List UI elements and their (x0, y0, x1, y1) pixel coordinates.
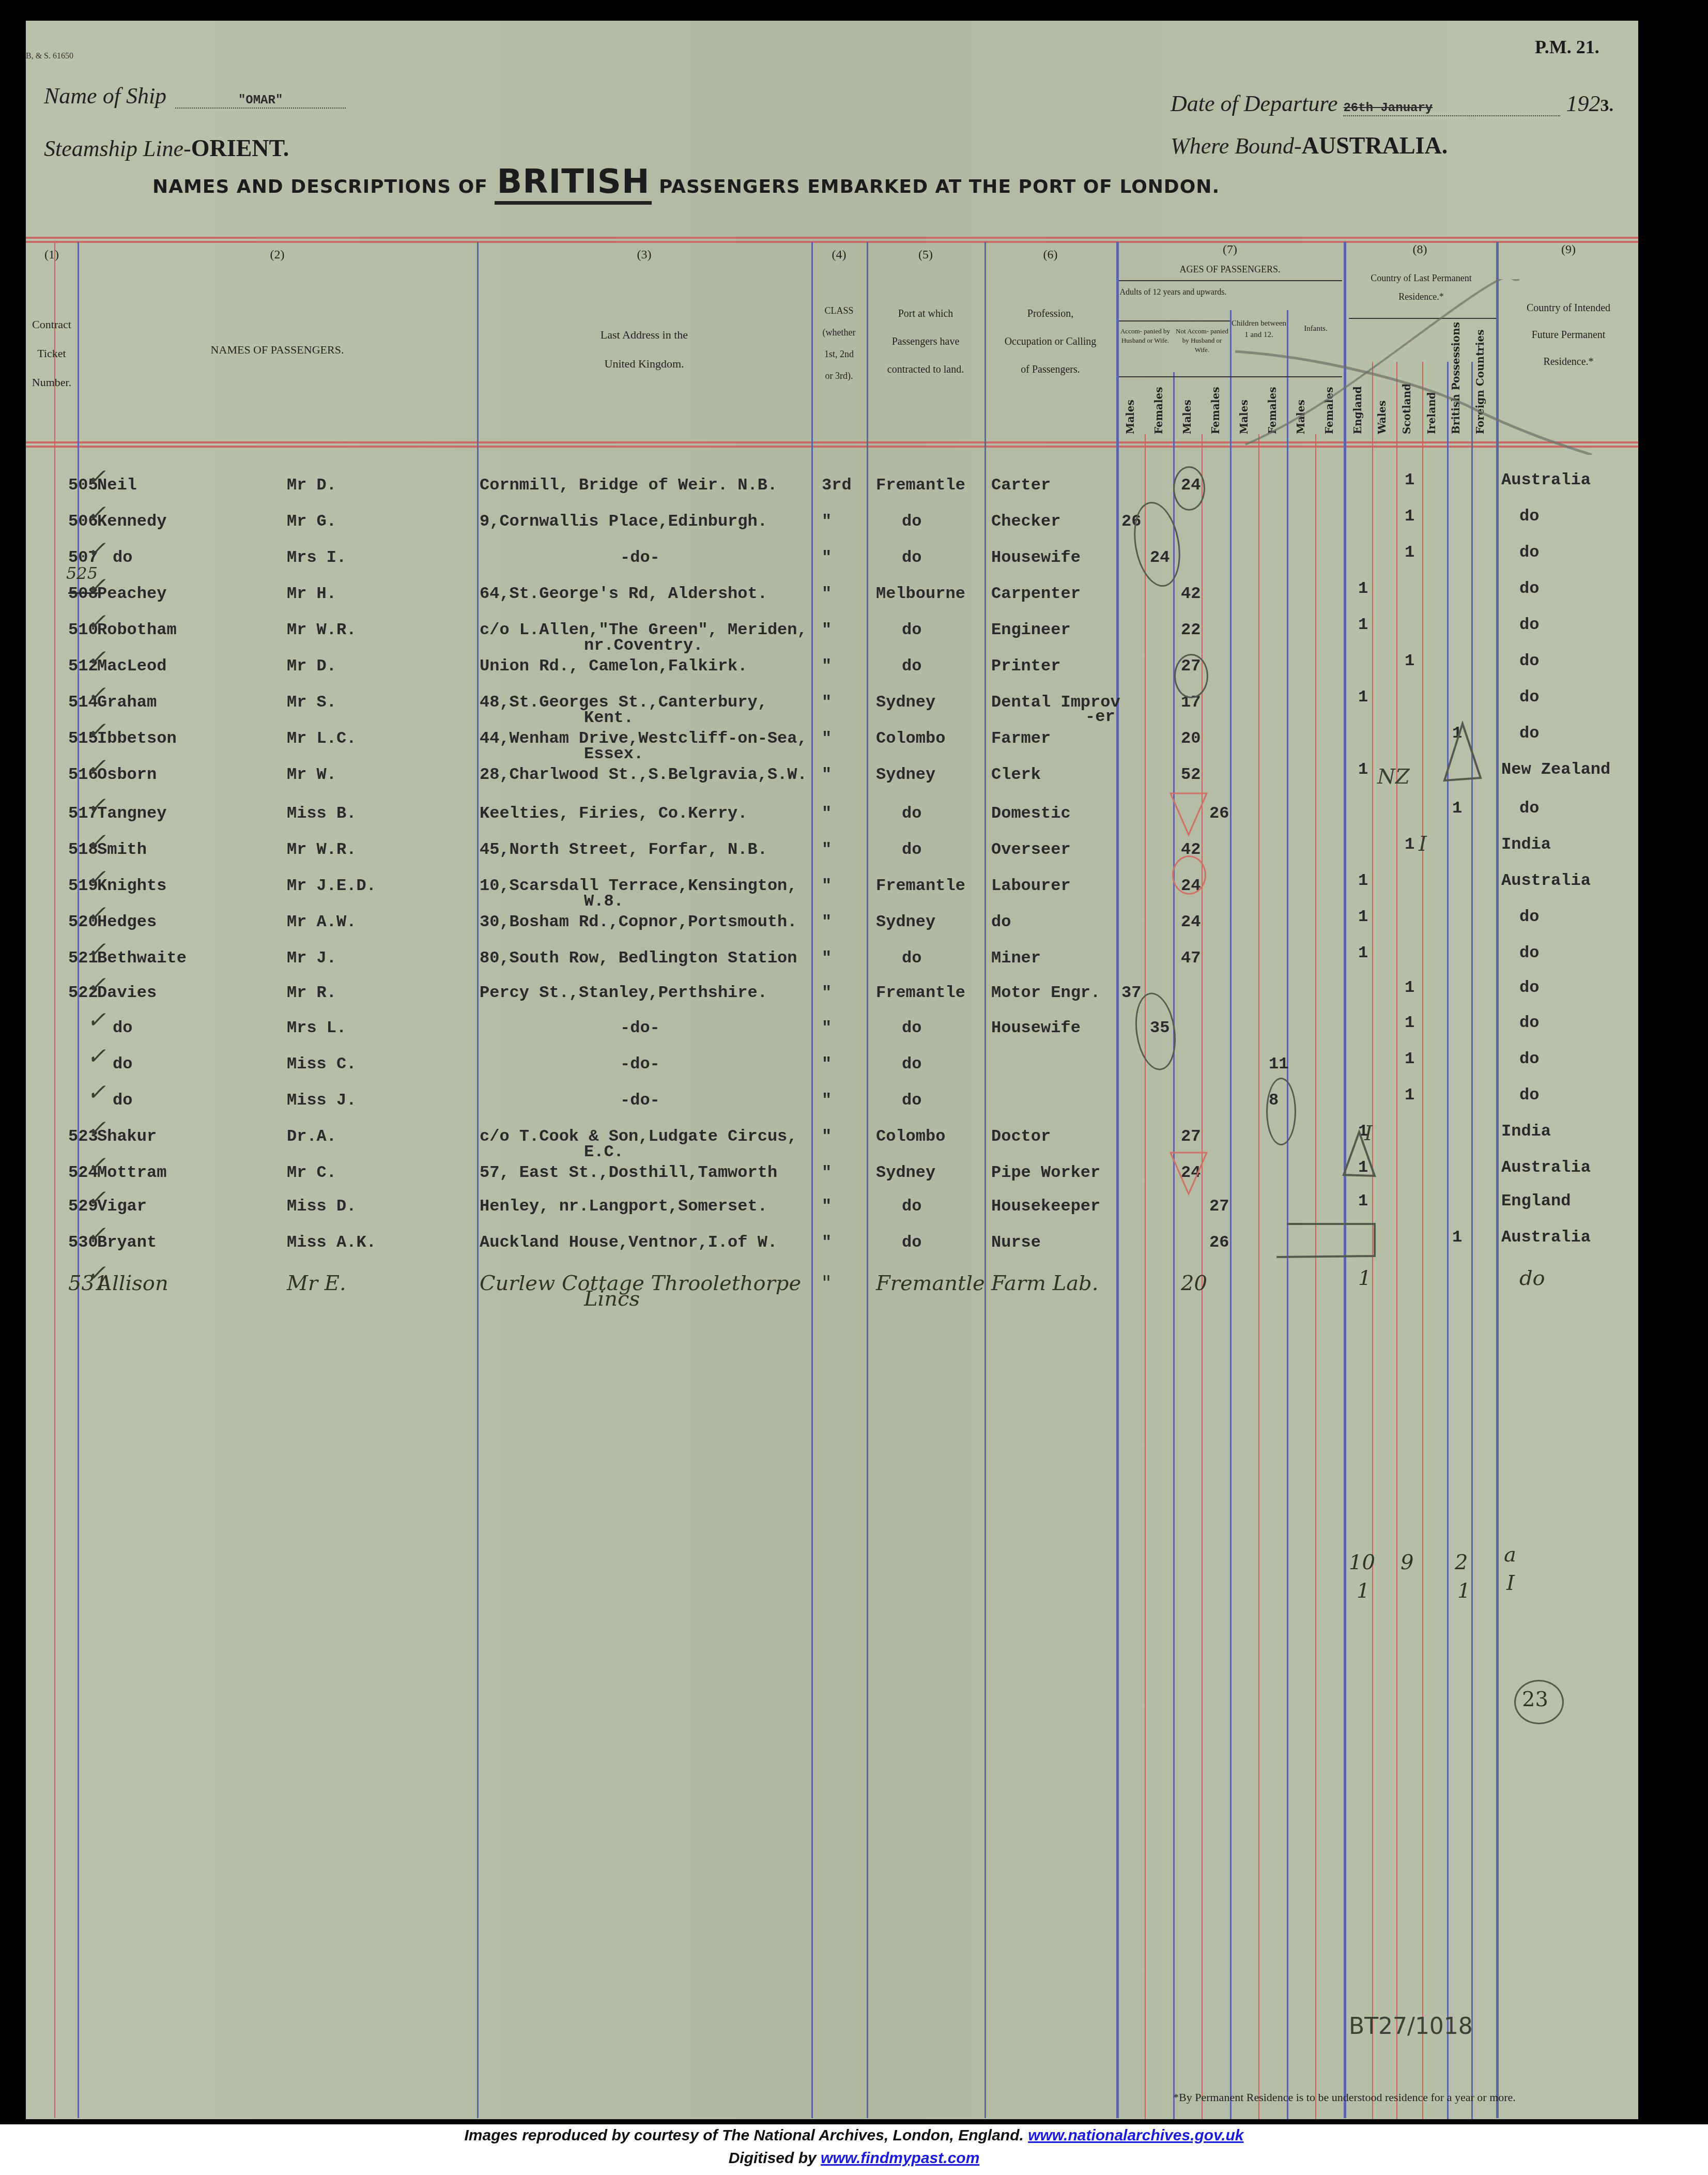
sub-males: Males (1124, 400, 1136, 434)
occupation: Housekeeper (991, 1197, 1100, 1216)
check-mark-icon: ✓ (87, 717, 106, 744)
table-row: 519 Knights Mr J.E.D. 10,Scarsdall Terra… (26, 876, 1638, 912)
check-mark-icon: ✓ (87, 829, 106, 855)
given-name: Mrs I. (287, 548, 346, 567)
col4-number: (4) (811, 248, 867, 262)
address-line-2: nr.Coventry. (584, 636, 703, 655)
age: 20 (1181, 729, 1201, 748)
address: Union Rd., Camelon,Falkirk. (480, 656, 747, 676)
bound-value: AUSTRALIA. (1302, 132, 1448, 159)
class: " (822, 584, 832, 603)
india-annotation: I (1364, 1122, 1373, 1145)
bound-label: Where Bound- (1171, 133, 1302, 159)
surname: Mottram (97, 1163, 166, 1182)
table-row: 508 Peachey Mr H. 64,St.George's Rd, Ald… (26, 584, 1638, 620)
table-row: 514 Graham Mr S. 48,St.Georges St.,Cante… (26, 693, 1638, 729)
address: -do- (620, 1054, 660, 1074)
occupation: Domestic (991, 804, 1071, 823)
port: do (902, 948, 921, 968)
destination: India (1501, 835, 1551, 854)
given-name: Mrs L. (287, 1018, 346, 1037)
surname: Osborn (97, 765, 157, 784)
table-row: 523 Shakur Dr.A. c/o T.Cook & Son,Ludgat… (26, 1127, 1638, 1163)
check-mark-icon: ✓ (87, 573, 106, 599)
occupation: Housewife (991, 548, 1081, 567)
residence-scotland: 1 (1405, 651, 1414, 670)
ship-label: Name of Ship (44, 83, 166, 109)
port: Colombo (876, 1127, 945, 1146)
age: 22 (1181, 620, 1201, 639)
surname: do (113, 548, 132, 567)
credits-bar: Images reproduced by courtesy of The Nat… (0, 2124, 1708, 2175)
circle-mark (1266, 1078, 1296, 1145)
adults-header: Adults of 12 years and upwards. (1116, 287, 1230, 298)
occupation: Labourer (991, 876, 1071, 895)
address-line-2: Lincs (584, 1287, 640, 1311)
occupation: Pipe Worker (991, 1163, 1100, 1182)
given-name: Mr E. (287, 1272, 346, 1295)
residence-england: 1 (1358, 760, 1368, 779)
residence-scotland: 1 (1405, 1049, 1414, 1068)
occupation: do (991, 912, 1011, 931)
class: " (822, 693, 832, 712)
check-mark-icon: ✓ (87, 754, 106, 780)
tally-scotland: 9 (1401, 1551, 1413, 1574)
class: " (822, 1018, 832, 1037)
destination: Australia (1501, 871, 1591, 890)
class: " (822, 948, 832, 968)
port: Fremantle (876, 983, 965, 1002)
occupation: Carpenter (991, 584, 1081, 603)
given-name: Mr H. (287, 584, 336, 603)
given-name: Mr J.E.D. (287, 876, 376, 895)
red-triangle-mark (1168, 1150, 1209, 1197)
credits-text-2: Digitised by (729, 2150, 817, 2167)
circle-mark (1174, 654, 1208, 698)
destination: do (1519, 943, 1539, 962)
address: 10,Scarsdall Terrace,Kensington, (480, 876, 797, 895)
col4-label-line: (whether (811, 321, 867, 343)
col3-header: Last Address in the United Kingdom. (477, 320, 811, 378)
findmypast-link[interactable]: www.findmypast.com (821, 2150, 979, 2167)
class: " (822, 1054, 832, 1074)
destination: do (1519, 907, 1539, 926)
destination: England (1501, 1191, 1571, 1211)
table-row: 530 Bryant Miss A.K. Auckland House,Vent… (26, 1233, 1638, 1269)
destination-field: Where Bound-AUSTRALIA. (1171, 132, 1448, 159)
col2-header: NAMES OF PASSENGERS. (78, 340, 477, 360)
residence-england: 1 (1358, 907, 1368, 926)
occupation: Motor Engr. (991, 983, 1100, 1002)
address: 28,Charlwood St.,S.Belgravia,S.W. (480, 765, 807, 784)
triangle-mark (1442, 721, 1483, 783)
col6-header: Profession, Occupation or Calling of Pas… (984, 300, 1116, 384)
address: -do- (620, 1091, 660, 1110)
port: Sydney (876, 693, 935, 712)
class: " (822, 804, 832, 823)
surname: Bryant (97, 1233, 157, 1252)
class: " (822, 1091, 832, 1110)
table-row: 524 Mottram Mr C. 57, East St.,Dosthill,… (26, 1163, 1638, 1199)
port: do (902, 656, 921, 676)
destination: do (1519, 1013, 1539, 1032)
table-row: 515 Ibbetson Mr L.C. 44,Wenham Drive,Wes… (26, 729, 1638, 765)
destination: do (1519, 507, 1539, 526)
departure-year-prefix: 192 (1566, 91, 1600, 116)
destination: Australia (1501, 1158, 1591, 1177)
tally-note-a: a (1504, 1543, 1516, 1567)
surname: Allison (97, 1272, 168, 1295)
check-mark-icon: ✓ (87, 537, 106, 563)
page-title: NAMES AND DESCRIPTIONS OF BRITISH PASSEN… (152, 163, 1220, 201)
col5-label-line: Port at which (867, 300, 984, 328)
surname: do (113, 1091, 132, 1110)
surname: Bethwaite (97, 948, 187, 968)
col1-number: (1) (26, 248, 78, 262)
credits-line-2: Digitised by www.findmypast.com (0, 2147, 1708, 2170)
check-mark-icon: ✓ (87, 500, 106, 527)
steamship-line-field: Steamship Line-ORIENT. (44, 134, 289, 162)
red-circle-mark (1172, 855, 1206, 895)
address: -do- (620, 548, 660, 567)
col4-label-line: or 3rd). (811, 365, 867, 387)
check-mark-icon: ✓ (87, 645, 106, 671)
table-row: do Miss J. -do- " do 8 1 do ✓ (26, 1091, 1638, 1127)
check-mark-icon: ✓ (87, 1260, 106, 1286)
col6-number: (6) (984, 248, 1116, 262)
age: 52 (1181, 765, 1201, 784)
surname: Graham (97, 693, 157, 712)
address: Auckland House,Ventnor,I.of W. (480, 1233, 777, 1252)
destination: do (1519, 687, 1539, 707)
occupation: Carter (991, 476, 1051, 495)
col1-header: Contract Ticket Number. (26, 310, 78, 397)
address: 9,Cornwallis Place,Edinburgh. (480, 512, 767, 531)
table-row: 506 Kennedy Mr G. 9,Cornwallis Place,Edi… (26, 512, 1638, 548)
residence-england: 1 (1358, 943, 1368, 962)
check-mark-icon: ✓ (87, 901, 106, 927)
check-mark-icon: ✓ (87, 865, 106, 891)
ruling-top-1 (26, 237, 1638, 239)
given-name: Mr W. (287, 765, 336, 784)
occupation: Checker (991, 512, 1060, 531)
tally-england: 10 (1349, 1551, 1375, 1574)
given-name: Mr D. (287, 476, 336, 495)
residence-british-possessions: 1 (1452, 1228, 1462, 1247)
address: Cornmill, Bridge of Weir. N.B. (480, 476, 777, 495)
residence-england: 1 (1358, 687, 1368, 707)
class: " (822, 620, 832, 639)
port: do (902, 804, 921, 823)
class: " (822, 1233, 832, 1252)
age: 27 (1181, 1127, 1201, 1146)
national-archives-link[interactable]: www.nationalarchives.gov.uk (1028, 2127, 1243, 2144)
residence-scotland: 1 (1405, 835, 1414, 854)
table-row: 505 Neil Mr D. Cornmill, Bridge of Weir.… (26, 476, 1638, 512)
col8-number: (8) (1344, 243, 1496, 257)
given-name: Mr G. (287, 512, 336, 531)
port: do (902, 1091, 921, 1110)
port: do (902, 548, 921, 567)
bracket-mark (1276, 1220, 1380, 1261)
occupation-line-2: -er (1085, 707, 1115, 726)
port: do (902, 620, 921, 639)
col6-label-line: of Passengers. (984, 356, 1116, 384)
destination: do (1519, 579, 1539, 598)
residence-scotland: 1 (1405, 1085, 1414, 1105)
destination: do (1519, 651, 1539, 670)
given-name: Mr D. (287, 656, 336, 676)
address: -do- (620, 1018, 660, 1037)
table-row: 520 Hedges Mr A.W. 30,Bosham Rd.,Copnor,… (26, 912, 1638, 948)
occupation: Overseer (991, 840, 1071, 859)
port: Fremantle (876, 476, 965, 495)
residence-scotland: 1 (1405, 1013, 1414, 1032)
accompanied-header: Accom- panied by Husband or Wife. (1117, 327, 1173, 345)
destination: do (1519, 1085, 1539, 1105)
col3-number: (3) (477, 248, 811, 262)
title-british: BRITISH (495, 163, 652, 205)
departure-label: Date of Departure (1171, 91, 1337, 116)
check-mark-icon: ✓ (87, 1115, 106, 1142)
given-name: Mr W.R. (287, 840, 356, 859)
check-mark-icon: ✓ (87, 1043, 106, 1069)
residence-scotland: 1 (1405, 978, 1414, 997)
check-mark-icon: ✓ (87, 681, 106, 708)
given-name: Dr.A. (287, 1127, 336, 1146)
port: Fremantle (876, 1272, 985, 1295)
destination: India (1501, 1122, 1551, 1141)
col4-label-line: CLASS (811, 300, 867, 321)
col2-number: (2) (78, 248, 477, 262)
port: Fremantle (876, 876, 965, 895)
check-mark-icon: ✓ (87, 972, 106, 998)
check-mark-icon: ✓ (87, 464, 106, 491)
address-line-2: E.C. (584, 1142, 624, 1161)
residence-scotland: 1 (1405, 470, 1414, 489)
surname: Shakur (97, 1127, 157, 1146)
india-annotation: I (1419, 832, 1427, 856)
port: Sydney (876, 1163, 935, 1182)
col1-label-line: Ticket (26, 339, 78, 368)
destination: Australia (1501, 470, 1591, 489)
class: " (822, 983, 832, 1002)
table-row: 507 do Mrs I. -do- " do Housewife 24 1 d… (26, 548, 1638, 584)
check-mark-icon: ✓ (87, 1185, 106, 1212)
tally-note-i: I (1506, 1571, 1515, 1595)
credits-text-1: Images reproduced by courtesy of The Nat… (464, 2127, 1023, 2144)
class: " (822, 729, 832, 748)
residence-england: 1 (1358, 1191, 1368, 1211)
residence-england: 1 (1358, 615, 1368, 634)
class: " (822, 840, 832, 859)
check-mark-icon: ✓ (87, 1221, 106, 1248)
divider (1119, 320, 1230, 321)
address-line-2: Essex. (584, 744, 643, 763)
credits-line-1: Images reproduced by courtesy of The Nat… (0, 2124, 1708, 2147)
col6-label-line: Profession, (984, 300, 1116, 328)
sub-males: Males (1181, 400, 1193, 434)
occupation: Nurse (991, 1233, 1041, 1252)
class: " (822, 656, 832, 676)
port: do (902, 840, 921, 859)
col5-label-line: contracted to land. (867, 356, 984, 384)
col1-label-line: Contract (26, 310, 78, 339)
col5-header: Port at which Passengers have contracted… (867, 300, 984, 384)
col4-label-line: 1st, 2nd (811, 343, 867, 365)
col7-number: (7) (1116, 243, 1344, 257)
header-crossout-marks (1214, 279, 1607, 455)
archive-reference: BT27/1018 (1349, 2013, 1473, 2040)
class: " (822, 1197, 832, 1216)
table-row: 518 Smith Mr W.R. 45,North Street, Forfa… (26, 840, 1638, 876)
circle-mark (1173, 466, 1205, 511)
title-part1: NAMES AND DESCRIPTIONS OF (152, 176, 488, 197)
destination: do (1519, 543, 1539, 562)
address: Curlew Cottage Throolethorpe (480, 1272, 801, 1295)
occupation: Clerk (991, 765, 1041, 784)
address: 45,North Street, Forfar, N.B. (480, 840, 767, 859)
given-name: Mr L.C. (287, 729, 356, 748)
address-line-2: Kent. (584, 708, 634, 727)
class: " (822, 912, 832, 931)
line-name: ORIENT. (191, 135, 289, 161)
check-mark-icon: ✓ (87, 609, 106, 635)
check-mark-icon: ✓ (87, 937, 106, 963)
footnote: *By Permanent Residence is to be underst… (1173, 2091, 1516, 2104)
port: do (902, 1197, 921, 1216)
port: do (902, 512, 921, 531)
check-mark-icon: ✓ (87, 792, 106, 819)
port: Colombo (876, 729, 945, 748)
title-part2: PASSENGERS EMBARKED AT THE PORT OF LONDO… (659, 176, 1220, 197)
given-name: Miss C. (287, 1054, 356, 1074)
age: 42 (1181, 584, 1201, 603)
col7-header: AGES OF PASSENGERS. (1116, 259, 1344, 279)
address: c/o T.Cook & Son,Ludgate Circus, (480, 1127, 797, 1146)
col5-number: (5) (867, 248, 984, 262)
destination: do (1519, 978, 1539, 997)
class: " (822, 765, 832, 784)
printer-code: B, & S. 61650 (26, 52, 73, 61)
table-row: 521 Bethwaite Mr J. 80,South Row, Bedlin… (26, 948, 1638, 985)
surname: Hedges (97, 912, 157, 931)
table-row: 510 Robotham Mr W.R. c/o L.Allen,"The Gr… (26, 620, 1638, 656)
port: Sydney (876, 912, 935, 931)
given-name: Mr J. (287, 948, 336, 968)
age: 20 (1181, 1272, 1207, 1295)
surname: Kennedy (97, 512, 166, 531)
surname: do (113, 1054, 132, 1074)
given-name: Miss B. (287, 804, 356, 823)
occupation: Engineer (991, 620, 1071, 639)
age: 47 (1181, 948, 1201, 968)
occupation: Printer (991, 656, 1060, 676)
class: " (822, 548, 832, 567)
col5-label-line: Passengers have (867, 328, 984, 356)
destination: Australia (1501, 1228, 1591, 1247)
given-name: Mr A.W. (287, 912, 356, 931)
nz-annotation: NZ (1377, 765, 1410, 789)
destination: do (1519, 724, 1539, 743)
port: do (902, 1233, 921, 1252)
surname: Knights (97, 876, 166, 895)
tally-england-2: 1 (1357, 1579, 1370, 1603)
given-name: Miss J. (287, 1091, 356, 1110)
tally-british-possessions-2: 1 (1457, 1579, 1470, 1603)
occupation: Housewife (991, 1018, 1081, 1037)
table-row: do Miss C. -do- " do 11 1 do ✓ (26, 1054, 1638, 1091)
occupation: Farm Lab. (991, 1272, 1098, 1295)
manifest-page: B, & S. 61650 P.M. 21. Name of Ship "OMA… (26, 21, 1638, 2119)
port: do (902, 1018, 921, 1037)
class: " (822, 1272, 831, 1295)
form-number: P.M. 21. (1535, 36, 1599, 58)
occupation: Farmer (991, 729, 1051, 748)
surname: Davies (97, 983, 157, 1002)
age: 24 (1181, 912, 1201, 931)
residence-england: 1 (1358, 579, 1368, 598)
class: " (822, 1163, 832, 1182)
table-row: do Mrs L. -do- " do Housewife 35 1 do ✓ (26, 1018, 1638, 1054)
residence-scotland: 1 (1405, 507, 1414, 526)
residence-british-possessions: 1 (1452, 799, 1462, 818)
residence-england: 1 (1358, 871, 1368, 890)
given-name: Mr C. (287, 1163, 336, 1182)
destination: do (1519, 799, 1539, 818)
col3-label-line: Last Address in the (477, 320, 811, 349)
destination: do (1519, 615, 1539, 634)
address-line-2: W.8. (584, 892, 624, 911)
given-name: Mr R. (287, 983, 336, 1002)
destination: New Zealand (1501, 760, 1610, 779)
residence-england: 1 (1358, 1266, 1371, 1290)
address: Henley, nr.Langport,Somerset. (480, 1197, 767, 1216)
given-name: Miss A.K. (287, 1233, 376, 1252)
port: Melbourne (876, 584, 965, 603)
line-label: Steamship Line- (44, 136, 191, 161)
destination: do (1519, 1266, 1545, 1290)
age: 26 (1209, 804, 1229, 823)
class: 3rd (822, 476, 852, 495)
destination: do (1519, 1049, 1539, 1068)
col4-header: CLASS (whether 1st, 2nd or 3rd). (811, 300, 867, 387)
check-mark-icon: ✓ (87, 1152, 106, 1178)
surname: MacLeod (97, 656, 166, 676)
departure-date: 26th January (1343, 101, 1560, 116)
occupation: Miner (991, 948, 1041, 968)
occupation: Doctor (991, 1127, 1051, 1146)
col6-label-line: Occupation or Calling (984, 328, 1116, 356)
table-row: 512 MacLeod Mr D. Union Rd., Camelon,Fal… (26, 656, 1638, 693)
age: 11 (1269, 1054, 1288, 1074)
address: 80,South Row, Bedlington Station (480, 948, 797, 968)
check-mark-icon: ✓ (87, 1079, 106, 1106)
table-row: 529 Vigar Miss D. Henley, nr.Langport,So… (26, 1197, 1638, 1233)
surname: Peachey (97, 584, 166, 603)
col3-label-line: United Kingdom. (477, 349, 811, 378)
tally-british-possessions: 2 (1455, 1551, 1468, 1574)
col1-label-line: Number. (26, 368, 78, 397)
col9-number: (9) (1499, 243, 1638, 257)
surname: Ibbetson (97, 729, 177, 748)
class: " (822, 512, 832, 531)
address: 57, East St.,Dosthill,Tamworth (480, 1163, 777, 1182)
departure-year-suffix: 3. (1600, 96, 1613, 115)
port: Sydney (876, 765, 935, 784)
table-row: 517 Tangney Miss B. Keelties, Firies, Co… (26, 804, 1638, 840)
surname: do (113, 1018, 132, 1037)
